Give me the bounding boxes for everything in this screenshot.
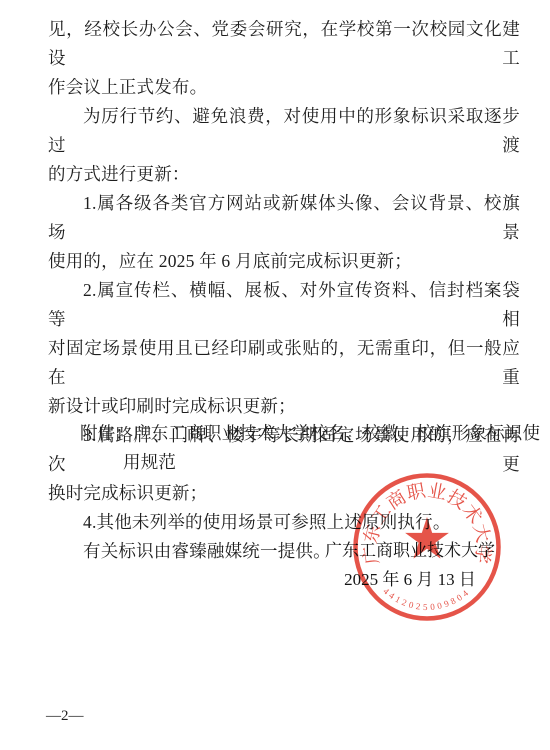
body-line: 1.属各级各类官方网站或新媒体头像、会议背景、校旗场景 [48,189,520,247]
body-line: 新设计或印刷时完成标识更新； [48,392,520,421]
attachment-line: 用规范 [123,448,524,477]
page-number: —2— [46,708,84,725]
body-line: 4.其他未列举的使用场景可参照上述原则执行。 [48,508,520,537]
attachment-line: 广东工商职业技术大学校名、校徽、校旗形象标识使 [133,423,540,443]
attachment-label: 附件： [80,423,133,443]
signature-block: 广东工商职业技术大学 2025 年 6 月 13 日 [300,536,520,594]
signature-org: 广东工商职业技术大学 [300,536,520,565]
body-line: 2.属宣传栏、横幅、展板、对外宣传资料、信封档案袋等相 [48,276,520,334]
document-page: 见，经校长办公会、党委会研究，在学校第一次校园文化建设工 作会议上正式发布。 为… [0,0,550,750]
body-line: 使用的，应在 2025 年 6 月底前完成标识更新； [48,247,520,276]
body-line: 作会议上正式发布。 [48,73,520,102]
body-text: 见，经校长办公会、党委会研究，在学校第一次校园文化建设工 作会议上正式发布。 为… [48,15,520,566]
body-line: 对固定场景使用且已经印刷或张贴的，无需重印，但一般应在重 [48,334,520,392]
signature-date: 2025 年 6 月 13 日 [300,565,520,594]
body-line: 换时完成标识更新； [48,479,520,508]
body-line: 为厉行节约、避免浪费，对使用中的形象标识采取逐步过渡 [48,102,520,160]
body-line: 见，经校长办公会、党委会研究，在学校第一次校园文化建设工 [48,15,520,73]
body-line: 的方式进行更新： [48,160,520,189]
attachment-note: 附件：广东工商职业技术大学校名、校徽、校旗形象标识使 用规范 [80,419,524,477]
